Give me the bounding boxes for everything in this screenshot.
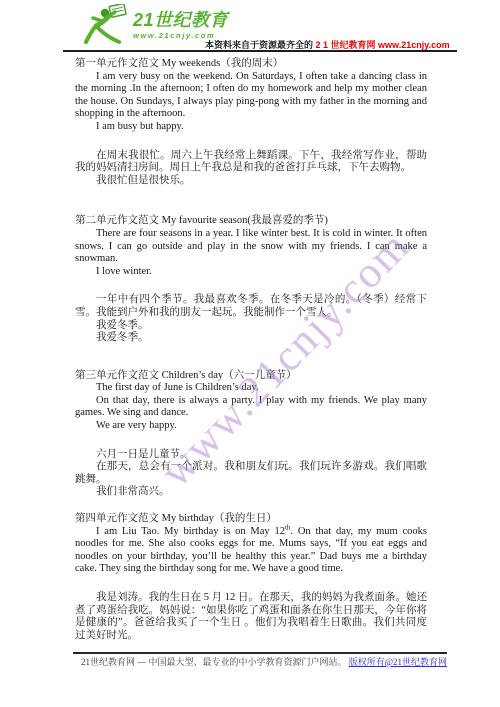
paragraph-chinese: 我很忙但是很快乐。 bbox=[75, 175, 427, 188]
paragraph-chinese: 我们非常高兴。 bbox=[75, 486, 427, 499]
paragraph-chinese: 我爱冬季。 bbox=[75, 320, 427, 333]
paragraph-english: The first day of June is Children’s day. bbox=[75, 382, 427, 395]
footer-slogan: 21世纪教育网 — 中国最大型、最专业的中小学教育资源门户网站。 bbox=[73, 657, 347, 668]
paragraph-chinese: 我爱冬季。 bbox=[75, 332, 427, 345]
spacer bbox=[75, 576, 427, 592]
paragraph-chinese: 六月一日是儿童节。 bbox=[75, 449, 427, 462]
section-title: 第二单元作文范文 My favourite season(我最喜爱的季节) bbox=[75, 215, 427, 228]
section-unit3: 第三单元作文范文 Children’s day（六一儿童节） The first… bbox=[75, 370, 427, 499]
section-title: 第四单元作文范文 My birthday（我的生日） bbox=[75, 513, 427, 526]
spacer bbox=[75, 134, 427, 150]
paragraph-english: I love winter. bbox=[75, 266, 427, 279]
footer: 21世纪教育网 — 中国最大型、最专业的中小学教育资源门户网站。 版权所有@21… bbox=[73, 657, 447, 668]
birthday-text-before: I am Liu Tao. My birthday is on May 12 bbox=[96, 526, 285, 537]
footer-divider bbox=[73, 652, 447, 654]
spacer bbox=[75, 278, 427, 294]
paragraph-chinese: 在周末我很忙。周六上午我经常上舞蹈课。下午，我经常写作业，帮助我的妈妈清扫房间。… bbox=[75, 150, 427, 175]
paragraph-english: On that day, there is always a party. I … bbox=[75, 395, 427, 420]
tagline-site-link: 2 1 世纪教育网 www.21cnjy.com bbox=[316, 40, 450, 50]
footer-copyright-link[interactable]: 版权所有@21世纪教育网 bbox=[349, 657, 447, 668]
document-page: 21世纪教育 www.21cnjy.com 本资料来自于资源最齐全的 2 1 世… bbox=[0, 0, 500, 707]
section-unit1: 第一单元作文范文 My weekends（我的周末） I am very bus… bbox=[75, 58, 427, 187]
logo-brand-text: 21世纪教育 bbox=[133, 11, 228, 29]
section-title: 第三单元作文范文 Children’s day（六一儿童节） bbox=[75, 370, 427, 383]
paragraph-english: I am Liu Tao. My birthday is on May 12th… bbox=[75, 526, 427, 576]
section-unit2: 第二单元作文范文 My favourite season(我最喜爱的季节) Th… bbox=[75, 215, 427, 344]
header-divider bbox=[63, 50, 457, 52]
paragraph-english: I am busy but happy. bbox=[75, 121, 427, 134]
paragraph-chinese: 在那天，总会有一个派对。我和朋友们玩。我们玩许多游戏。我们唱歌跳舞。 bbox=[75, 461, 427, 486]
tagline-prefix: 本资料来自于资源最齐全的 bbox=[205, 40, 313, 50]
section-unit4: 第四单元作文范文 My birthday（我的生日） I am Liu Tao.… bbox=[75, 513, 427, 642]
runner-with-book-icon bbox=[84, 4, 130, 46]
paragraph-chinese: 一年中有四个季节。我最喜欢冬季。在冬季天是冷的。（冬季）经常下雪。我能到户外和我… bbox=[75, 294, 427, 319]
paragraph-english: I am very busy on the weekend. On Saturd… bbox=[75, 71, 427, 121]
paragraph-english: We are very happy. bbox=[75, 420, 427, 433]
spacer bbox=[75, 433, 427, 449]
section-title: 第一单元作文范文 My weekends（我的周末） bbox=[75, 58, 427, 71]
paragraph-chinese: 我是刘涛。我的生日在 5 月 12 日。在那天，我的妈妈为我煮面条。她还煮了鸡蛋… bbox=[75, 592, 427, 642]
document-body: 第一单元作文范文 My weekends（我的周末） I am very bus… bbox=[75, 58, 427, 642]
paragraph-english: There are four seasons in a year. I like… bbox=[75, 228, 427, 266]
